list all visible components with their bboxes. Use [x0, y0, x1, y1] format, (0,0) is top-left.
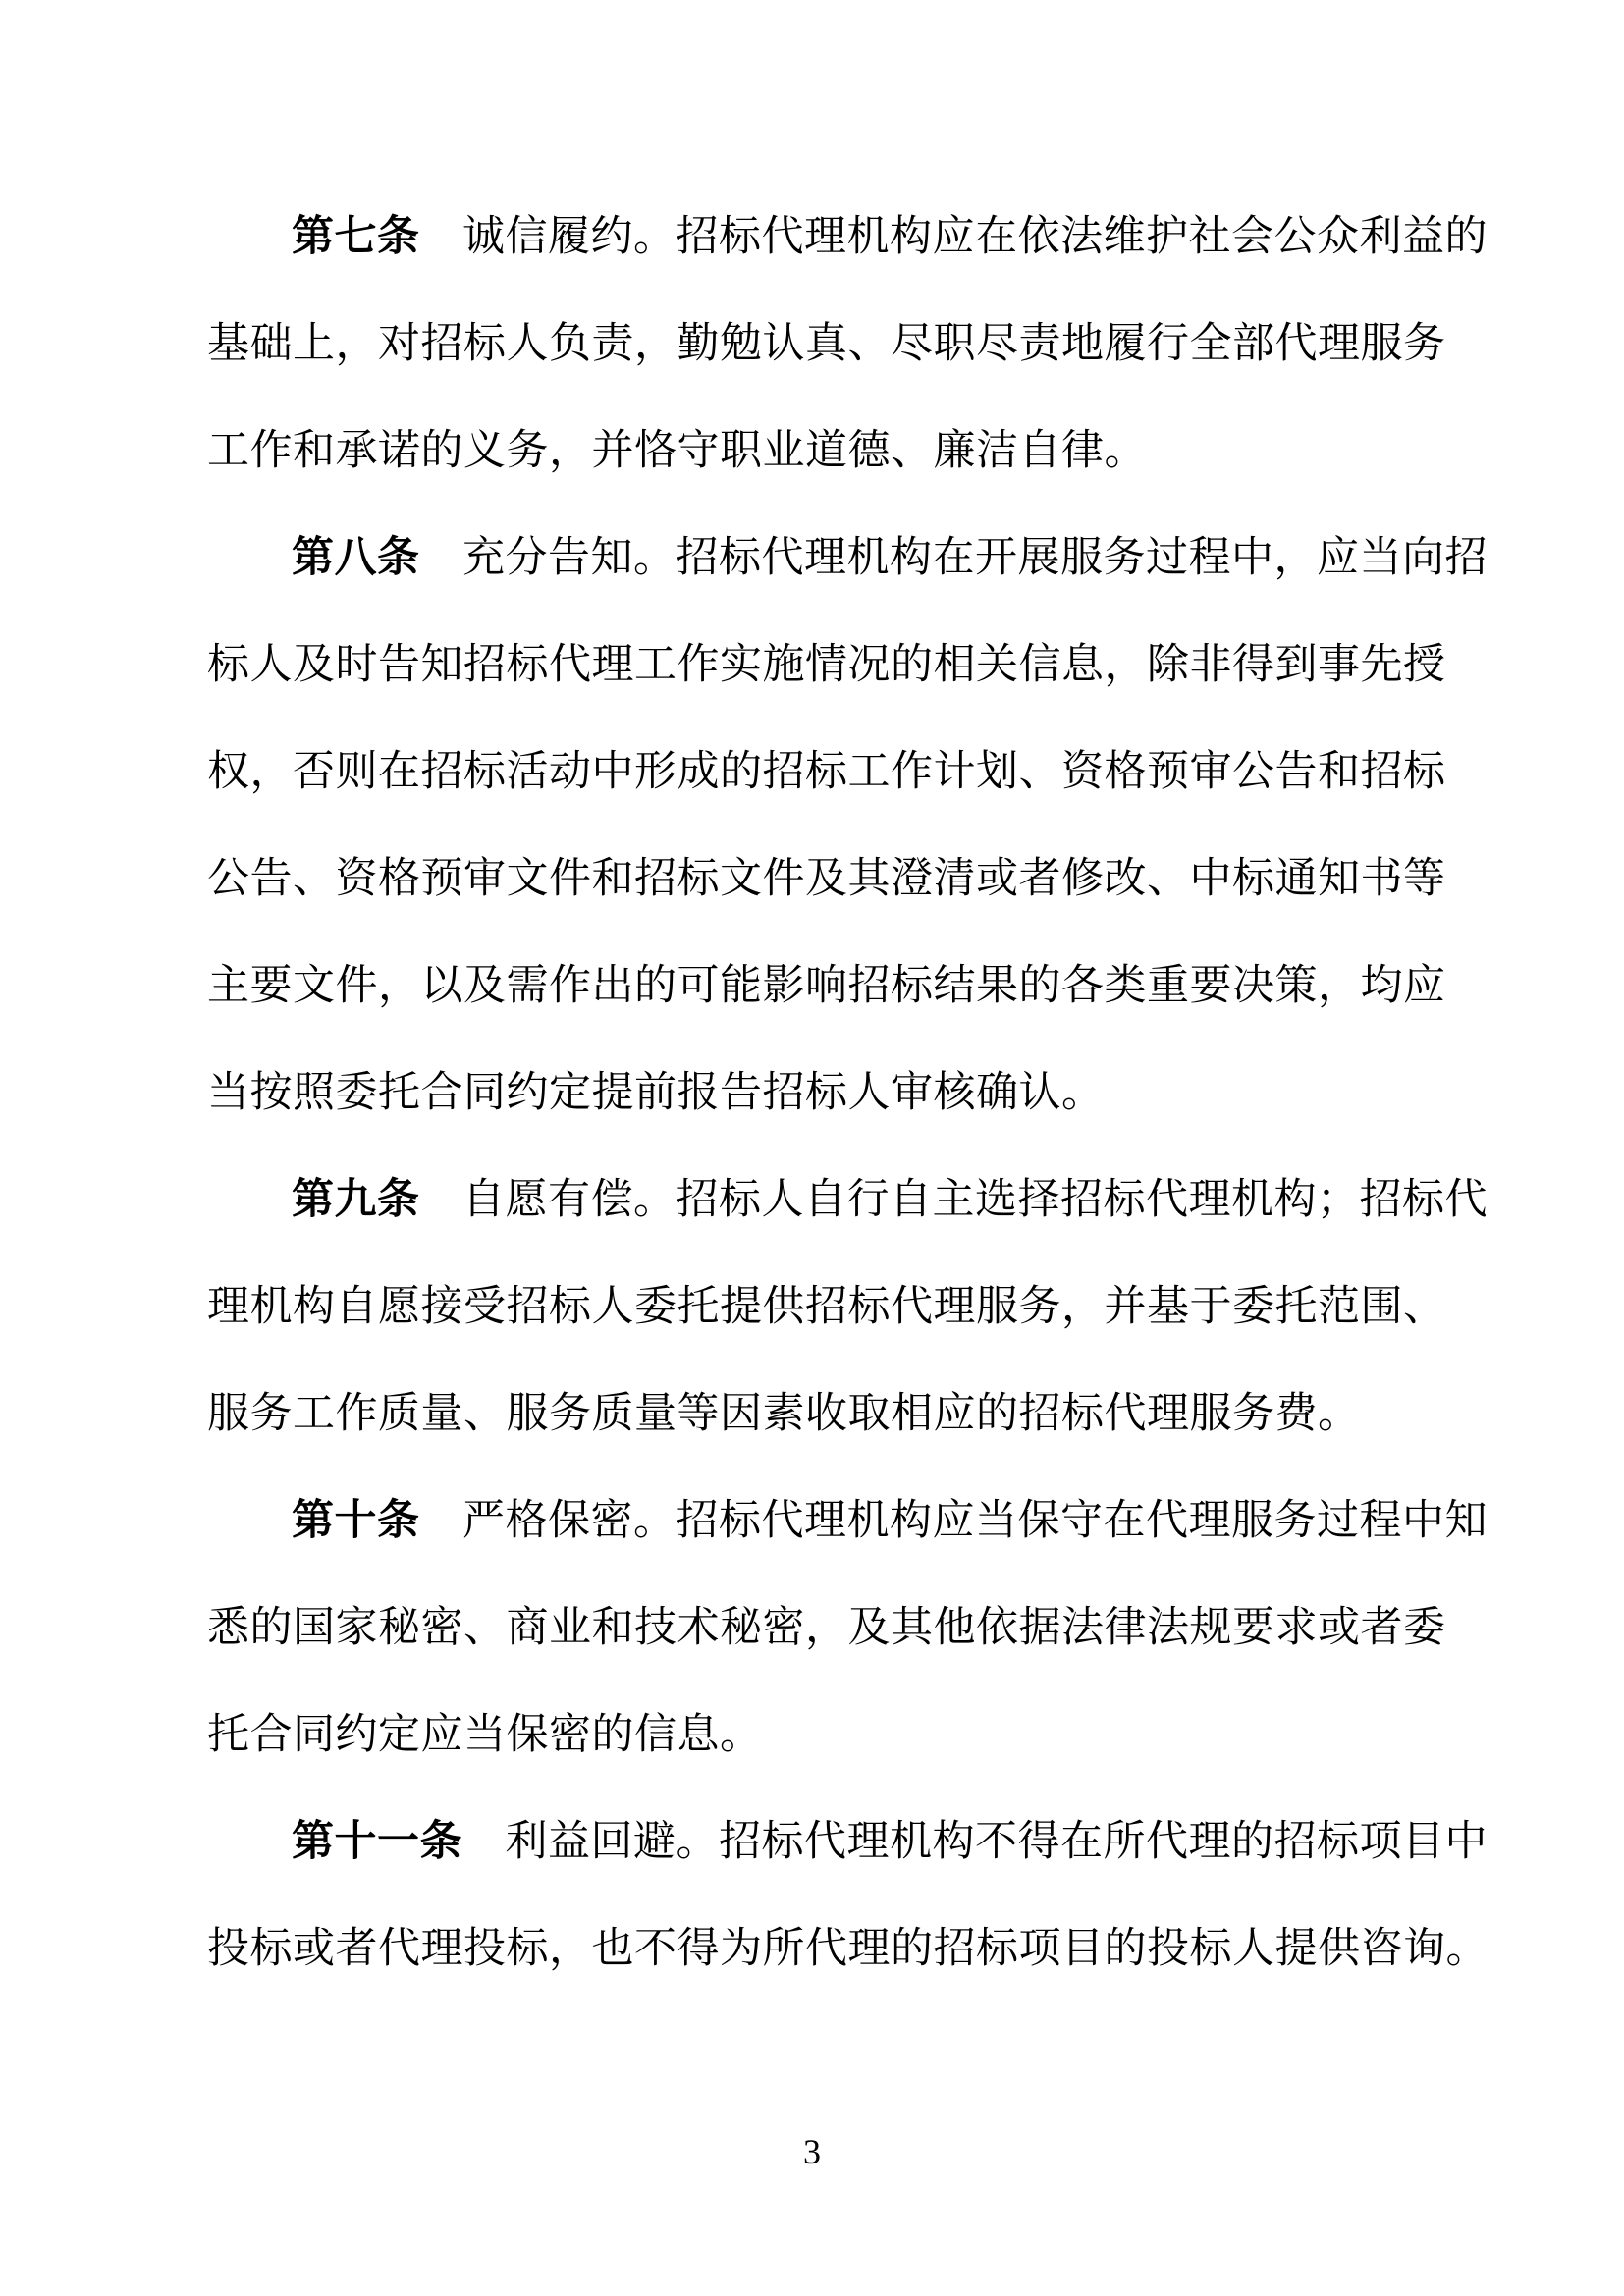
text-line: 理机构自愿接受招标人委托提供招标代理服务，并基于委托范围、	[207, 1254, 1454, 1361]
line-text: 权，否则在招标活动中形成的招标工作计划、资格预审公告和招标	[207, 748, 1446, 795]
line-text: 公告、资格预审文件和招标文件及其澄清或者修改、中标通知书等	[207, 855, 1446, 902]
text-line: 权，否则在招标活动中形成的招标工作计划、资格预审公告和招标	[207, 719, 1454, 826]
text-line: 投标或者代理投标，也不得为所代理的招标项目的投标人提供咨询。	[207, 1896, 1454, 2002]
article-7-label: 第七条	[292, 213, 420, 260]
text-line: 主要文件，以及需作出的可能影响招标结果的各类重要决策，均应	[207, 933, 1454, 1040]
text-line: 托合同约定应当保密的信息。	[207, 1682, 1454, 1789]
text-line: 标人及时告知招标代理工作实施情况的相关信息，除非得到事先授	[207, 612, 1454, 719]
article-8-label: 第八条	[292, 534, 420, 581]
text-line: 基础上，对招标人负责，勤勉认真、尽职尽责地履行全部代理服务	[207, 291, 1454, 398]
line-article-7: 第七条 诚信履约。招标代理机构应在依法维护社会公众利益的	[207, 184, 1454, 291]
text-line: 当按照委托合同约定提前报告招标人审核确认。	[207, 1040, 1454, 1147]
article-9-label: 第九条	[292, 1176, 420, 1223]
text-line: 悉的国家秘密、商业和技术秘密，及其他依据法律法规要求或者委	[207, 1575, 1454, 1682]
line-text: 悉的国家秘密、商业和技术秘密，及其他依据法律法规要求或者委	[207, 1604, 1446, 1651]
page-number: 3	[0, 2132, 1624, 2171]
line-text: 诚信履约。招标代理机构应在依法维护社会公众利益的	[420, 213, 1489, 260]
line-text: 工作和承诺的义务，并恪守职业道德、廉洁自律。	[207, 427, 1147, 474]
document-page: 第七条 诚信履约。招标代理机构应在依法维护社会公众利益的 基础上，对招标人负责，…	[0, 0, 1624, 2296]
line-text: 服务工作质量、服务质量等因素收取相应的招标代理服务费。	[207, 1390, 1361, 1437]
line-article-10: 第十条 严格保密。招标代理机构应当保守在代理服务过程中知	[207, 1468, 1454, 1575]
article-10-label: 第十条	[292, 1497, 420, 1544]
line-article-8: 第八条 充分告知。招标代理机构在开展服务过程中，应当向招	[207, 505, 1454, 612]
text-line: 服务工作质量、服务质量等因素收取相应的招标代理服务费。	[207, 1361, 1454, 1468]
line-article-11: 第十一条 利益回避。招标代理机构不得在所代理的招标项目中	[207, 1789, 1454, 1896]
text-line: 工作和承诺的义务，并恪守职业道德、廉洁自律。	[207, 398, 1454, 505]
line-text: 基础上，对招标人负责，勤勉认真、尽职尽责地履行全部代理服务	[207, 320, 1446, 367]
line-text: 托合同约定应当保密的信息。	[207, 1711, 763, 1758]
document-body: 第七条 诚信履约。招标代理机构应在依法维护社会公众利益的 基础上，对招标人负责，…	[207, 184, 1454, 2002]
line-text: 严格保密。招标代理机构应当保守在代理服务过程中知	[420, 1497, 1489, 1544]
line-text: 当按照委托合同约定提前报告招标人审核确认。	[207, 1069, 1105, 1116]
line-text: 自愿有偿。招标人自行自主选择招标代理机构；招标代	[420, 1176, 1489, 1223]
line-text: 理机构自愿接受招标人委托提供招标代理服务，并基于委托范围、	[207, 1283, 1446, 1330]
line-text: 投标或者代理投标，也不得为所代理的招标项目的投标人提供咨询。	[207, 1925, 1489, 1972]
text-line: 公告、资格预审文件和招标文件及其澄清或者修改、中标通知书等	[207, 826, 1454, 933]
line-text: 利益回避。招标代理机构不得在所代理的招标项目中	[462, 1818, 1488, 1865]
line-text: 主要文件，以及需作出的可能影响招标结果的各类重要决策，均应	[207, 962, 1446, 1009]
article-11-label: 第十一条	[292, 1818, 462, 1865]
line-article-9: 第九条 自愿有偿。招标人自行自主选择招标代理机构；招标代	[207, 1147, 1454, 1254]
line-text: 充分告知。招标代理机构在开展服务过程中，应当向招	[420, 534, 1489, 581]
line-text: 标人及时告知招标代理工作实施情况的相关信息，除非得到事先授	[207, 641, 1446, 688]
